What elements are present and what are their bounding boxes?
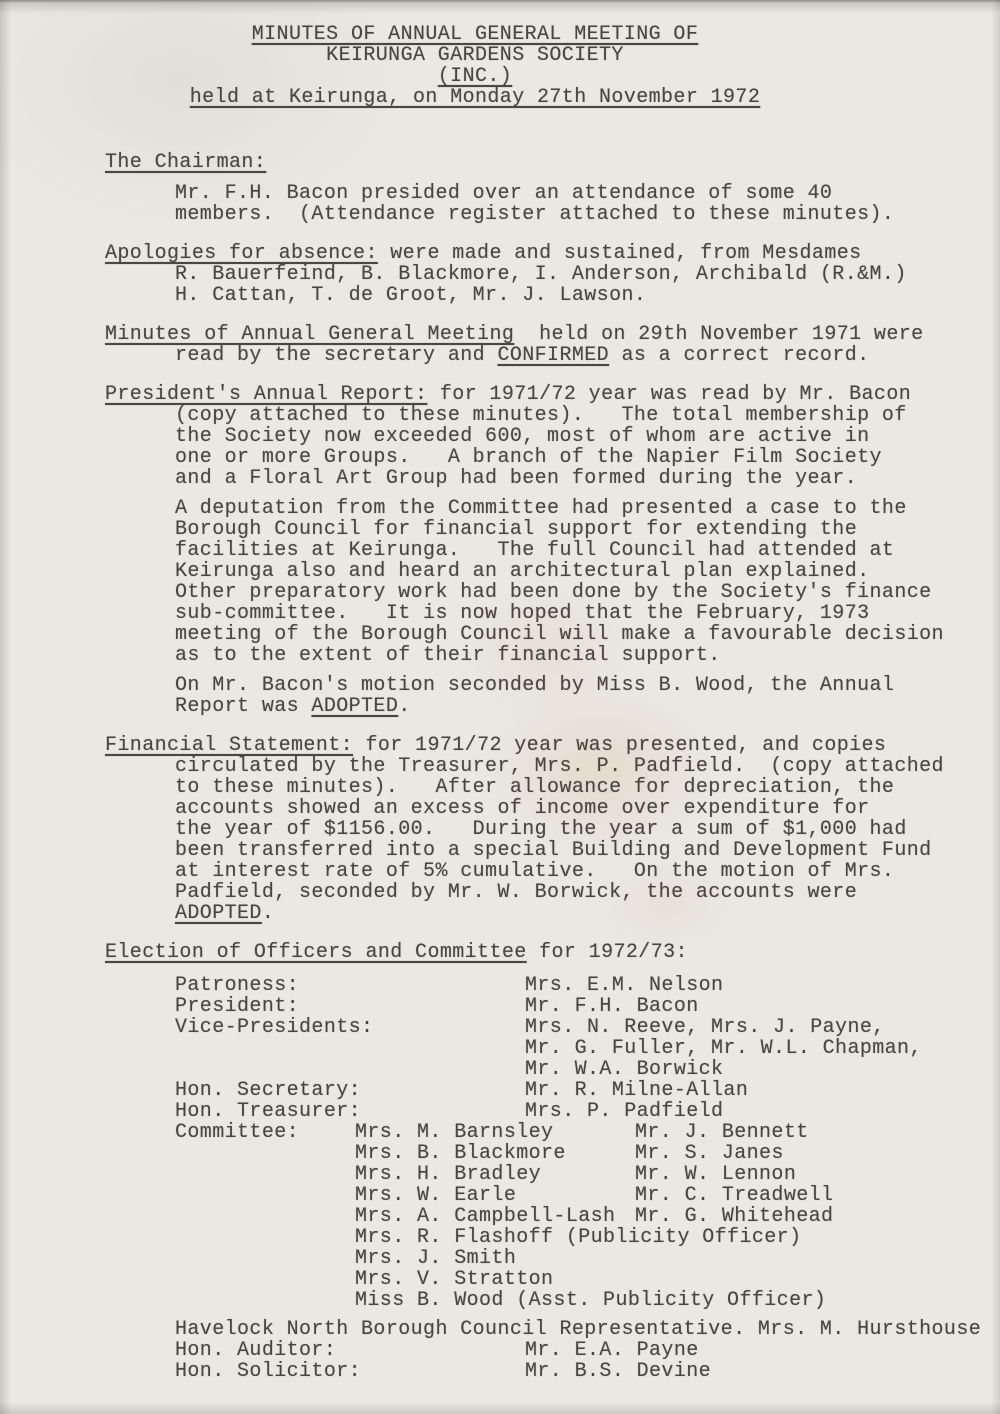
committee-member: Mr. J. Bennett [635, 1122, 1000, 1143]
officer-role: President: [175, 996, 525, 1017]
committee-member: Mr. C. Treadwell [635, 1185, 1000, 1206]
committee-member: Mrs. A. Campbell-Lash [355, 1206, 635, 1227]
adopted-word: ADOPTED [175, 902, 262, 925]
motion-line: On Mr. Bacon's motion seconded by Miss B… [175, 674, 894, 697]
title-line-4: held at Keirunga, on Monday 27th Novembe… [105, 87, 845, 108]
officer-role: Hon. Solicitor: [175, 1361, 525, 1382]
officer-role: Patroness: [175, 975, 525, 996]
committee-list: Committee: Mrs. M. Barnsley Mr. J. Benne… [105, 1122, 1000, 1311]
committee-row: Mrs. V. Stratton [175, 1269, 1000, 1290]
committee-row: Miss B. Wood (Asst. Publicity Officer) [175, 1290, 1000, 1311]
section-body: circulated by the Treasurer, Mrs. P. Pad… [175, 756, 1000, 903]
officer-row: Hon. Auditor: Mr. E.A. Payne [175, 1340, 1000, 1361]
section-heading-lead: for 1972/73: [527, 941, 688, 964]
section-heading-line: Election of Officers and Committee for 1… [105, 942, 1000, 963]
officer-name: Mr. E.A. Payne [525, 1340, 1000, 1361]
committee-member: Mrs. V. Stratton [355, 1269, 1000, 1290]
section-heading: Minutes of Annual General Meeting [105, 323, 514, 346]
section-heading-lead: for 1971/72 year was presented, and copi… [353, 734, 886, 757]
section-heading-line: Financial Statement: for 1971/72 year wa… [105, 735, 1000, 756]
committee-label: Committee: [175, 1122, 355, 1143]
committee-member: Mrs. H. Bradley [355, 1164, 635, 1185]
officer-name: Mrs. P. Padfield [525, 1101, 1000, 1122]
adopted-line: ADOPTED. [175, 903, 1000, 924]
officer-row: Hon. Secretary: Mr. R. Milne-Allan [175, 1080, 1000, 1101]
committee-member: Mrs. W. Earle [355, 1185, 635, 1206]
committee-member: Mrs. M. Barnsley [355, 1122, 635, 1143]
section-heading: The Chairman: [105, 151, 266, 174]
section-heading: Election of Officers and Committee [105, 941, 527, 964]
officer-name: Mrs. E.M. Nelson [525, 975, 1000, 996]
committee-member: Mr. S. Janes [635, 1143, 1000, 1164]
body-text-post: as a correct record. [609, 344, 869, 367]
officer-row: President: Mr. F.H. Bacon [175, 996, 1000, 1017]
adopted-word: ADOPTED [311, 695, 398, 718]
officer-role: Hon. Secretary: [175, 1080, 525, 1101]
confirmed-word: CONFIRMED [497, 344, 609, 367]
page-content: MINUTES OF ANNUAL GENERAL MEETING OF KEI… [0, 0, 1000, 1414]
section-heading-line: The Chairman: [105, 152, 1000, 173]
section-previous-minutes: Minutes of Annual General Meeting held o… [105, 324, 1000, 366]
section-heading: President's Annual Report: [105, 383, 427, 406]
committee-member: Miss B. Wood (Asst. Publicity Officer) [355, 1290, 1000, 1311]
section-heading-lead: for 1971/72 year was read by Mr. Bacon [427, 383, 911, 406]
body-text-pre: read by the secretary and [175, 344, 497, 367]
section-heading: Financial Statement: [105, 734, 353, 757]
committee-row: Mrs. A. Campbell-Lash Mr. G. Whitehead [175, 1206, 1000, 1227]
section-election: Election of Officers and Committee for 1… [105, 942, 1000, 1382]
section-heading: Apologies for absence: [105, 242, 378, 265]
title-line-1-text: MINUTES OF ANNUAL GENERAL MEETING OF [252, 23, 698, 46]
committee-member: Mrs. B. Blackmore [355, 1143, 635, 1164]
committee-row: Mrs. W. Earle Mr. C. Treadwell [175, 1185, 1000, 1206]
officer-name: Mrs. N. Reeve, Mrs. J. Payne, Mr. G. Ful… [525, 1017, 1000, 1080]
section-chairman: The Chairman: Mr. F.H. Bacon presided ov… [105, 152, 1000, 225]
adopted-post: . [398, 695, 410, 718]
officer-name: Mr. R. Milne-Allan [525, 1080, 1000, 1101]
title-line-3-text: (INC.) [438, 65, 512, 88]
officer-role: Hon. Auditor: [175, 1340, 525, 1361]
section-heading-line: Minutes of Annual General Meeting held o… [105, 324, 1000, 345]
officer-role: Vice-Presidents: [175, 1017, 525, 1080]
adopted-post: . [262, 902, 274, 925]
title-line-2: KEIRUNGA GARDENS SOCIETY [105, 45, 845, 66]
section-presidents-report: President's Annual Report: for 1971/72 y… [105, 384, 1000, 717]
report-paragraph-3: On Mr. Bacon's motion seconded by Miss B… [175, 675, 1000, 717]
officer-row: Vice-Presidents: Mrs. N. Reeve, Mrs. J. … [175, 1017, 1000, 1080]
officer-role: Hon. Treasurer: [175, 1101, 525, 1122]
section-heading-lead: held on 29th November 1971 were [514, 323, 923, 346]
committee-row: Mrs. B. Blackmore Mr. S. Janes [175, 1143, 1000, 1164]
committee-row: Mrs. R. Flashoff (Publicity Officer) [175, 1227, 1000, 1248]
section-heading-lead: were made and sustained, from Mesdames [378, 242, 862, 265]
section-body: Mr. F.H. Bacon presided over an attendan… [175, 183, 1000, 225]
officer-row: Hon. Treasurer: Mrs. P. Padfield [175, 1101, 1000, 1122]
officer-row: Hon. Solicitor: Mr. B.S. Devine [175, 1361, 1000, 1382]
section-apologies: Apologies for absence: were made and sus… [105, 243, 1000, 306]
officer-row: Patroness: Mrs. E.M. Nelson [175, 975, 1000, 996]
committee-member: Mrs. J. Smith [355, 1248, 1000, 1269]
committee-row: Mrs. J. Smith [175, 1248, 1000, 1269]
officers-footer: Havelock North Borough Council Represent… [105, 1319, 1000, 1382]
officer-name: Mr. B.S. Devine [525, 1361, 1000, 1382]
section-heading-line: Apologies for absence: were made and sus… [105, 243, 1000, 264]
section-financial-statement: Financial Statement: for 1971/72 year wa… [105, 735, 1000, 924]
document-header: MINUTES OF ANNUAL GENERAL MEETING OF KEI… [105, 24, 845, 108]
title-line-1: MINUTES OF ANNUAL GENERAL MEETING OF [105, 24, 845, 45]
committee-row: Mrs. H. Bradley Mr. W. Lennon [175, 1164, 1000, 1185]
adopted-pre: Report was [175, 695, 311, 718]
section-body: R. Bauerfeind, B. Blackmore, I. Anderson… [175, 264, 1000, 306]
section-heading-line: President's Annual Report: for 1971/72 y… [105, 384, 1000, 405]
committee-row: Committee: Mrs. M. Barnsley Mr. J. Benne… [175, 1122, 1000, 1143]
section-body: read by the secretary and CONFIRMED as a… [175, 345, 1000, 366]
council-representative-line: Havelock North Borough Council Represent… [175, 1319, 1000, 1340]
officer-name: Mr. F.H. Bacon [525, 996, 1000, 1017]
officers-list: Patroness: Mrs. E.M. Nelson President: M… [105, 975, 1000, 1122]
title-line-4-text: held at Keirunga, on Monday 27th Novembe… [190, 86, 761, 109]
report-paragraph-1: (copy attached to these minutes). The to… [175, 405, 1000, 489]
scanned-page: MINUTES OF ANNUAL GENERAL MEETING OF KEI… [0, 0, 1000, 1414]
committee-member: Mrs. R. Flashoff (Publicity Officer) [355, 1227, 1000, 1248]
title-line-3: (INC.) [105, 66, 845, 87]
report-paragraph-2: A deputation from the Committee had pres… [175, 498, 1000, 666]
committee-member: Mr. G. Whitehead [635, 1206, 1000, 1227]
committee-member: Mr. W. Lennon [635, 1164, 1000, 1185]
